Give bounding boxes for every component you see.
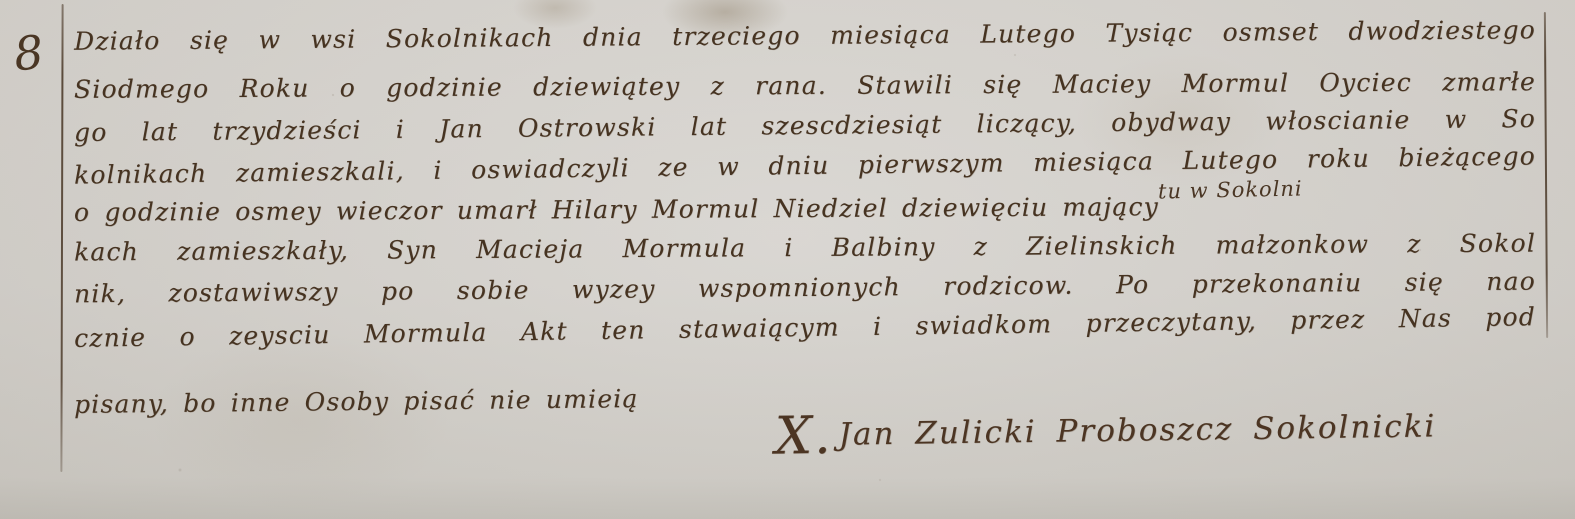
manuscript-line-3: go lat trzydzieści i Jan Ostrowski lat s… <box>74 105 1536 147</box>
manuscript-line-4: kolnikach zamieszkali, i oswiadczyli ze … <box>74 142 1536 189</box>
interlinear-insertion: tu w Sokolni <box>1158 176 1303 203</box>
priest-signature-name: Jan Zulicki Proboszcz Sokolnicki <box>838 408 1436 452</box>
manuscript-line-5-text: o godzinie osmey wieczor umarł Hilary Mo… <box>74 193 1154 226</box>
manuscript-line-1-text: Działo się w wsi Sokolnikach dnia trzeci… <box>74 16 1536 55</box>
margin-rule-right <box>1544 12 1548 338</box>
record-number: 8 <box>11 25 46 82</box>
priest-signature: X.Jan Zulicki Proboszcz Sokolnicki <box>775 397 1437 466</box>
manuscript-line-7: nik, zostawiwszy po sobie wyzey wspomnio… <box>74 268 1536 308</box>
manuscript-line-9-text: pisany, bo inne Osoby pisać nie umieią <box>74 385 639 418</box>
priest-signature-initial: X. <box>775 406 833 467</box>
margin-rule-left <box>60 4 63 472</box>
manuscript-line-4-text: kolnikach zamieszkali, i oswiadczyli ze … <box>74 142 1536 189</box>
manuscript-line-8-text: cznie o zeysciu Mormula Akt ten stawaiąc… <box>74 303 1536 352</box>
manuscript-line-2: Siodmego Roku o godzinie dziewiątey z ra… <box>74 68 1536 103</box>
manuscript-line-3-text: go lat trzydzieści i Jan Ostrowski lat s… <box>74 105 1536 147</box>
manuscript-line-7-text: nik, zostawiwszy po sobie wyzey wspomnio… <box>74 268 1536 308</box>
manuscript-line-1: Działo się w wsi Sokolnikach dnia trzeci… <box>74 16 1536 55</box>
manuscript-scan-page: 8 Działo się w wsi Sokolnikach dnia trze… <box>0 0 1575 519</box>
manuscript-line-2-text: Siodmego Roku o godzinie dziewiątey z ra… <box>74 68 1536 103</box>
manuscript-line-8: cznie o zeysciu Mormula Akt ten stawaiąc… <box>74 303 1536 352</box>
manuscript-line-9: pisany, bo inne Osoby pisać nie umieią <box>74 385 639 418</box>
manuscript-line-6: kach zamieszkały, Syn Macieja Mormula i … <box>74 230 1536 266</box>
manuscript-line-5: o godzinie osmey wieczor umarł Hilary Mo… <box>74 193 1154 226</box>
manuscript-line-6-text: kach zamieszkały, Syn Macieja Mormula i … <box>74 230 1536 266</box>
